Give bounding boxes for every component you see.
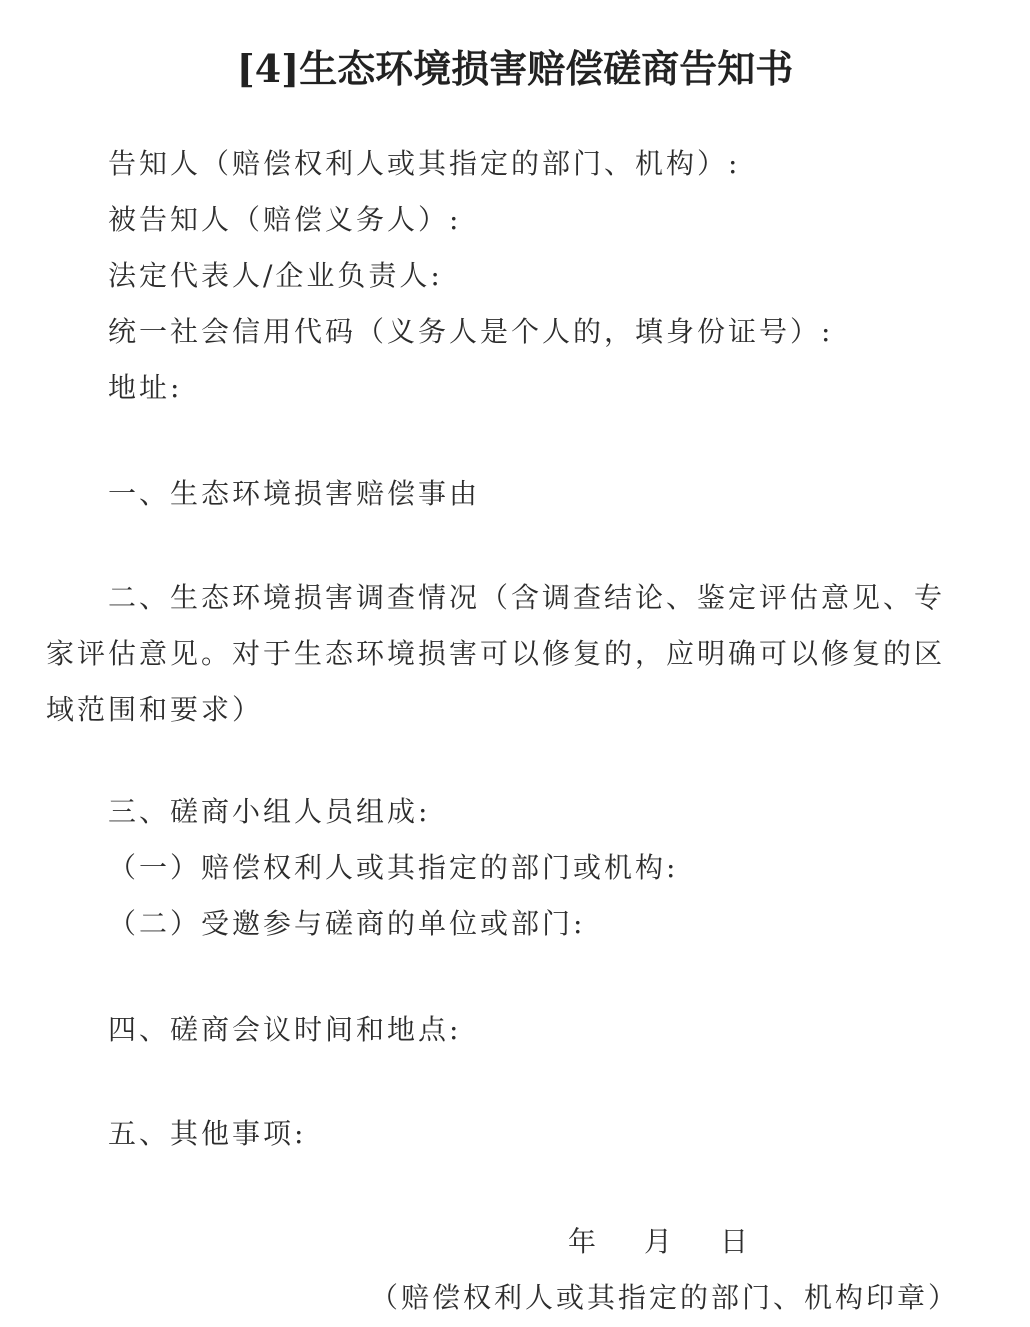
section-2-line-2: 家评估意见。对于生态环境损害可以修复的，应明确可以修复的区 xyxy=(46,632,945,672)
notified-party-field: 被告知人（赔偿义务人）: xyxy=(108,198,461,238)
document-title: [4]生态环境损害赔偿磋商告知书 xyxy=(0,38,1030,93)
section-2-line-1: 二、生态环境损害调查情况（含调查结论、鉴定评估意见、专 xyxy=(108,576,945,616)
legal-representative-field: 法定代表人/企业负责人: xyxy=(108,254,443,294)
credit-code-field: 统一社会信用代码（义务人是个人的，填身份证号）: xyxy=(108,310,833,350)
seal-note: （赔偿权利人或其指定的部门、机构印章） xyxy=(370,1276,959,1316)
section-3-item-2: （二）受邀参与磋商的单位或部门: xyxy=(108,902,585,942)
date-line: 年 月 日 xyxy=(568,1220,758,1260)
address-field: 地址: xyxy=(108,366,182,406)
notifier-field: 告知人（赔偿权利人或其指定的部门、机构）: xyxy=(108,142,740,182)
section-2-line-3: 域范围和要求） xyxy=(46,688,263,728)
section-1-heading: 一、生态环境损害赔偿事由 xyxy=(108,472,480,512)
section-3-item-1: （一）赔偿权利人或其指定的部门或机构: xyxy=(108,846,678,886)
section-5-heading: 五、其他事项: xyxy=(108,1112,306,1152)
section-3-heading: 三、磋商小组人员组成: xyxy=(108,790,430,830)
section-4-heading: 四、磋商会议时间和地点: xyxy=(108,1008,461,1048)
